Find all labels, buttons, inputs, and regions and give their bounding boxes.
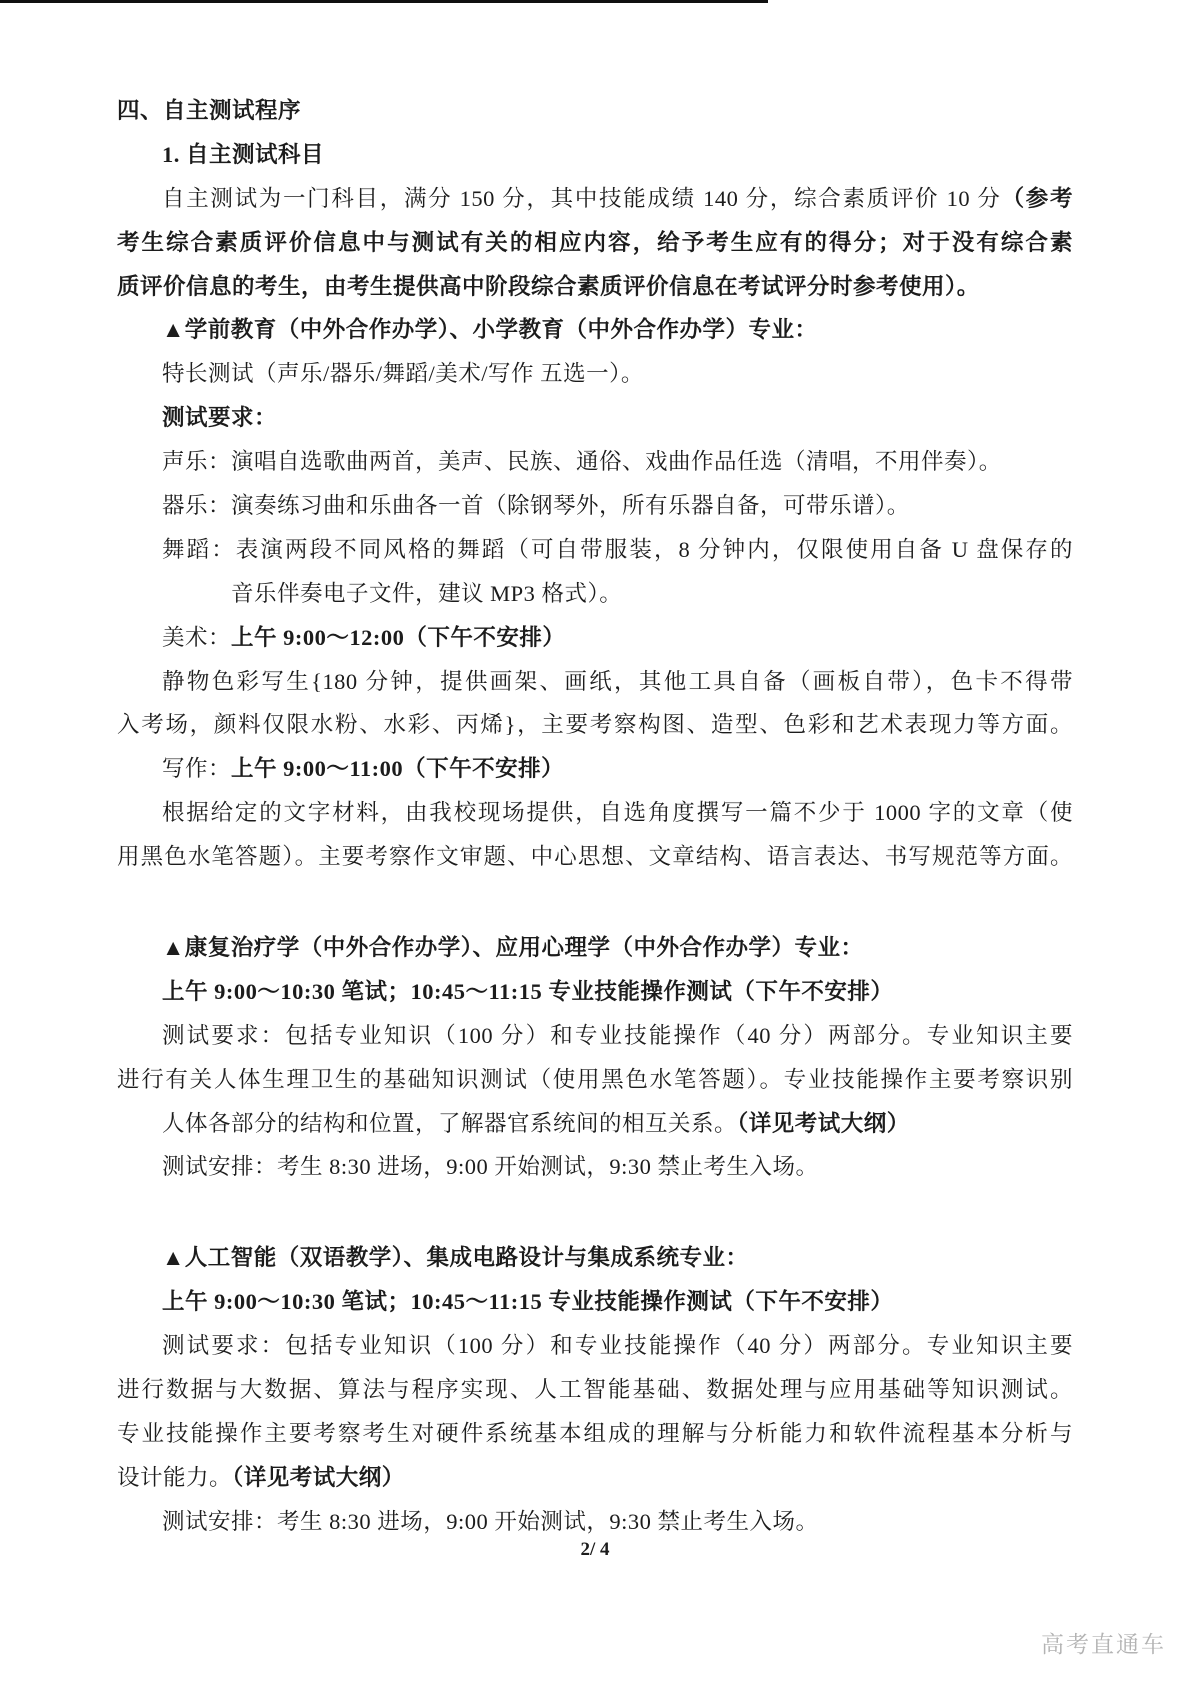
text-segment: 特长测试（声乐/器乐/舞蹈/美术/写作 五选一）。 xyxy=(162,361,644,386)
watermark-text: 高考直通车 xyxy=(1041,1626,1166,1659)
text-line: 测试要求：包括专业知识（100 分）和专业技能操作（40 分）两部分。专业知识主… xyxy=(117,1014,1073,1058)
text-line: 静物色彩写生{180 分钟，提供画架、画纸，其他工具自备（画板自带），色卡不得带 xyxy=(117,660,1073,704)
text-line: 特长测试（声乐/器乐/舞蹈/美术/写作 五选一）。 xyxy=(117,352,1073,396)
text-line: 音乐伴奏电子文件，建议 MP3 格式）。 xyxy=(117,572,1073,616)
blank-line xyxy=(117,879,1073,926)
text-segment: 入考场，颜料仅限水粉、水彩、丙烯}，主要考察构图、造型、色彩和艺术表现力等方面。 xyxy=(117,712,1073,737)
text-segment: 设计能力。 xyxy=(117,1465,232,1490)
text-line: 测试要求： xyxy=(117,396,1073,440)
text-line: ▲康复治疗学（中外合作办学）、应用心理学（中外合作办学）专业： xyxy=(117,926,1073,970)
document-page: 四、自主测试程序1. 自主测试科目自主测试为一门科目，满分 150 分，其中技能… xyxy=(0,0,1190,1683)
text-line: 上午 9:00～10:30 笔试；10:45～11:15 专业技能操作测试（下午… xyxy=(117,1280,1073,1324)
text-segment: 人体各部分的结构和位置，了解器官系统间的相互关系。 xyxy=(162,1111,737,1136)
text-segment: 写作： xyxy=(162,756,231,781)
text-segment: 舞蹈：表演两段不同风格的舞蹈（可自带服装，8 分钟内，仅限使用自备 U 盘保存的 xyxy=(162,537,1073,562)
text-segment: 上午 9:00～11:00（下午不安排） xyxy=(231,756,564,781)
text-line: ▲学前教育（中外合作办学）、小学教育（中外合作办学）专业： xyxy=(117,308,1073,352)
scan-edge-artifact xyxy=(0,0,768,3)
text-segment: 专业技能操作主要考察考生对硬件系统基本组成的理解与分析能力和软件流程基本分析与 xyxy=(117,1421,1073,1446)
text-segment: 质评价信息的考生，由考生提供高中阶段综合素质评价信息在考试评分时参考使用）。 xyxy=(117,274,980,299)
text-segment: 考生综合素质评价信息中与测试有关的相应内容，给予考生应有的得分；对于没有综合素 xyxy=(117,230,1073,255)
text-line: 设计能力。（详见考试大纲） xyxy=(117,1456,1073,1500)
text-line: 用黑色水笔答题）。主要考察作文审题、中心思想、文章结构、语言表达、书写规范等方面… xyxy=(117,835,1073,879)
text-segment: 测试要求：包括专业知识（100 分）和专业技能操作（40 分）两部分。专业知识主… xyxy=(162,1333,1073,1358)
text-segment: 静物色彩写生{180 分钟，提供画架、画纸，其他工具自备（画板自带），色卡不得带 xyxy=(162,669,1073,694)
text-segment: 1. 自主测试科目 xyxy=(162,142,324,167)
text-line: 根据给定的文字材料，由我校现场提供，自选角度撰写一篇不少于 1000 字的文章（… xyxy=(117,791,1073,835)
blank-line xyxy=(117,1189,1073,1236)
text-segment: 自主测试为一门科目，满分 150 分，其中技能成绩 140 分，综合素质评价 1… xyxy=(162,186,1002,211)
text-line: 舞蹈：表演两段不同风格的舞蹈（可自带服装，8 分钟内，仅限使用自备 U 盘保存的 xyxy=(117,528,1073,572)
text-segment: 用黑色水笔答题）。主要考察作文审题、中心思想、文章结构、语言表达、书写规范等方面… xyxy=(117,844,1073,869)
text-segment: 根据给定的文字材料，由我校现场提供，自选角度撰写一篇不少于 1000 字的文章（… xyxy=(162,800,1073,825)
text-segment: 上午 9:00～10:30 笔试；10:45～11:15 专业技能操作测试（下午… xyxy=(162,1289,893,1314)
text-line: 进行数据与大数据、算法与程序实现、人工智能基础、数据处理与应用基础等知识测试。 xyxy=(117,1368,1073,1412)
text-line: 美术：上午 9:00～12:00（下午不安排） xyxy=(117,616,1073,660)
text-segment: 测试安排：考生 8:30 进场，9:00 开始测试，9:30 禁止考生入场。 xyxy=(162,1154,819,1179)
text-line: 上午 9:00～10:30 笔试；10:45～11:15 专业技能操作测试（下午… xyxy=(117,970,1073,1014)
text-line: 入考场，颜料仅限水粉、水彩、丙烯}，主要考察构图、造型、色彩和艺术表现力等方面。 xyxy=(117,703,1073,747)
text-segment: ▲学前教育（中外合作办学）、小学教育（中外合作办学）专业： xyxy=(162,317,818,342)
text-segment: 进行有关人体生理卫生的基础知识测试（使用黑色水笔答题）。专业技能操作主要考察识别 xyxy=(117,1067,1073,1092)
text-line: 自主测试为一门科目，满分 150 分，其中技能成绩 140 分，综合素质评价 1… xyxy=(117,177,1073,221)
text-line: 器乐：演奏练习曲和乐曲各一首（除钢琴外，所有乐器自备，可带乐谱）。 xyxy=(117,484,1073,528)
text-segment: ▲康复治疗学（中外合作办学）、应用心理学（中外合作办学）专业： xyxy=(162,935,864,960)
text-segment: 美术： xyxy=(162,625,231,650)
text-line: 声乐：演唱自选歌曲两首，美声、民族、通俗、戏曲作品任选（清唱，不用伴奏）。 xyxy=(117,440,1073,484)
text-segment: 器乐：演奏练习曲和乐曲各一首（除钢琴外，所有乐器自备，可带乐谱）。 xyxy=(162,493,910,518)
document-body: 四、自主测试程序1. 自主测试科目自主测试为一门科目，满分 150 分，其中技能… xyxy=(117,89,1073,1544)
text-segment: 测试要求：包括专业知识（100 分）和专业技能操作（40 分）两部分。专业知识主… xyxy=(162,1023,1073,1048)
text-segment: 上午 9:00～12:00（下午不安排） xyxy=(231,625,565,650)
text-segment: 进行数据与大数据、算法与程序实现、人工智能基础、数据处理与应用基础等知识测试。 xyxy=(117,1377,1073,1402)
text-line: ▲人工智能（双语教学）、集成电路设计与集成系统专业： xyxy=(117,1236,1073,1280)
text-segment: 声乐：演唱自选歌曲两首，美声、民族、通俗、戏曲作品任选（清唱，不用伴奏）。 xyxy=(162,449,1002,474)
text-segment: ▲人工智能（双语教学）、集成电路设计与集成系统专业： xyxy=(162,1245,749,1270)
text-segment: 上午 9:00～10:30 笔试；10:45～11:15 专业技能操作测试（下午… xyxy=(162,979,893,1004)
text-segment: 音乐伴奏电子文件，建议 MP3 格式）。 xyxy=(231,581,622,606)
text-line: 测试安排：考生 8:30 进场，9:00 开始测试，9:30 禁止考生入场。 xyxy=(117,1145,1073,1189)
text-segment: 测试安排：考生 8:30 进场，9:00 开始测试，9:30 禁止考生入场。 xyxy=(162,1509,819,1534)
text-line: 测试要求：包括专业知识（100 分）和专业技能操作（40 分）两部分。专业知识主… xyxy=(117,1324,1073,1368)
text-line: 写作：上午 9:00～11:00（下午不安排） xyxy=(117,747,1073,791)
text-line: 四、自主测试程序 xyxy=(117,89,1073,133)
text-segment: 四、自主测试程序 xyxy=(117,98,301,123)
text-line: 进行有关人体生理卫生的基础知识测试（使用黑色水笔答题）。专业技能操作主要考察识别 xyxy=(117,1058,1073,1102)
text-line: 人体各部分的结构和位置，了解器官系统间的相互关系。（详见考试大纲） xyxy=(117,1102,1073,1146)
text-line: 1. 自主测试科目 xyxy=(117,133,1073,177)
text-segment: （参考 xyxy=(1002,186,1073,211)
text-line: 专业技能操作主要考察考生对硬件系统基本组成的理解与分析能力和软件流程基本分析与 xyxy=(117,1412,1073,1456)
page-number: 2/ 4 xyxy=(0,1536,1190,1564)
text-line: 考生综合素质评价信息中与测试有关的相应内容，给予考生应有的得分；对于没有综合素 xyxy=(117,221,1073,265)
text-segment: 测试要求： xyxy=(162,405,277,430)
text-segment: （详见考试大纲） xyxy=(737,1111,910,1136)
text-segment: （详见考试大纲） xyxy=(232,1465,405,1490)
text-line: 质评价信息的考生，由考生提供高中阶段综合素质评价信息在考试评分时参考使用）。 xyxy=(117,265,1073,309)
